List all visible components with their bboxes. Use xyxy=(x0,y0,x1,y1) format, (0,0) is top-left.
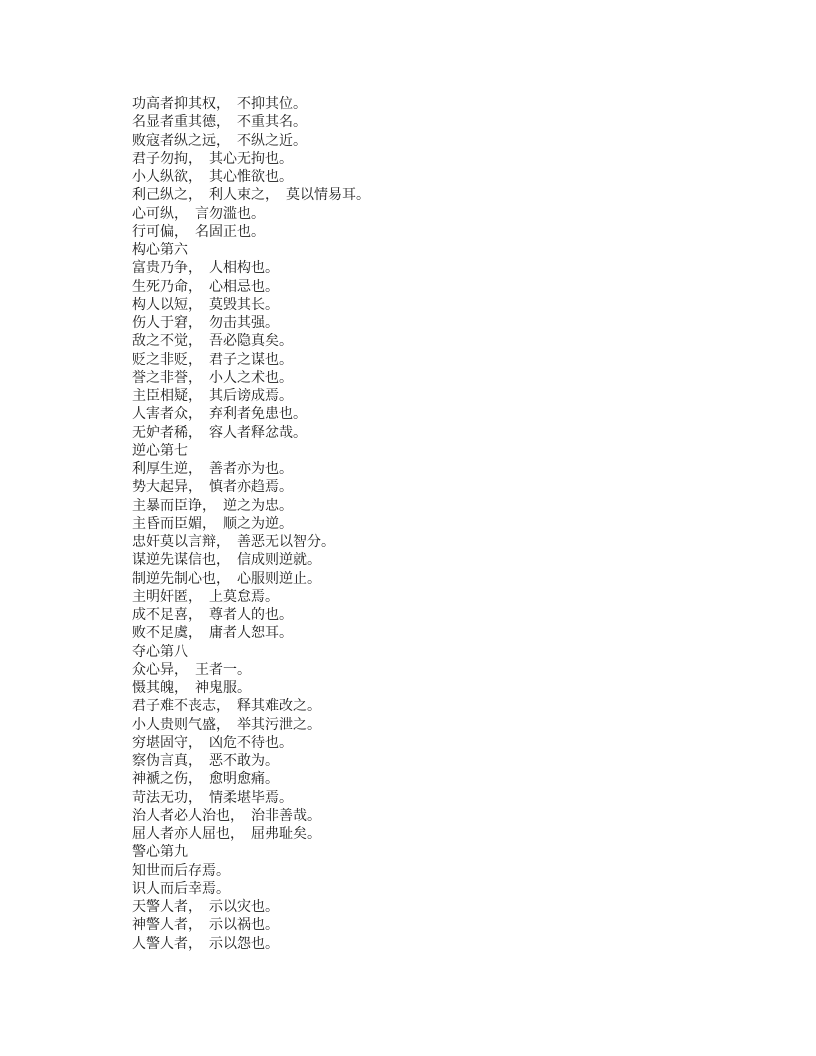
text-line: 穷堪固守， 凶危不待也。 xyxy=(132,735,370,753)
text-block: 功高者抑其权， 不抑其位。名显者重其德， 不重其名。败寇者纵之远， 不纵之近。君… xyxy=(132,96,370,954)
text-line: 生死乃命， 心相忌也。 xyxy=(132,279,370,297)
text-line: 谋逆先谋信也， 信成则逆就。 xyxy=(132,552,370,570)
text-line: 利厚生逆， 善者亦为也。 xyxy=(132,461,370,479)
chapter-heading: 逆心第七 xyxy=(132,443,370,461)
text-line: 小人贵则气盛， 举其污泄之。 xyxy=(132,717,370,735)
text-line: 敌之不觉， 吾必隐真矣。 xyxy=(132,333,370,351)
text-line: 知世而后存焉。 xyxy=(132,863,370,881)
chapter-heading: 夺心第八 xyxy=(132,644,370,662)
text-line: 慑其魄， 神鬼服。 xyxy=(132,680,370,698)
chapter-heading: 警心第九 xyxy=(132,844,370,862)
text-line: 识人而后幸焉。 xyxy=(132,881,370,899)
text-line: 屈人者亦人屈也， 屈弗耻矣。 xyxy=(132,826,370,844)
text-line: 主明奸匿， 上莫怠焉。 xyxy=(132,589,370,607)
text-line: 治人者必人治也， 治非善哉。 xyxy=(132,808,370,826)
text-line: 富贵乃争， 人相构也。 xyxy=(132,260,370,278)
text-line: 主暴而臣诤， 逆之为忠。 xyxy=(132,498,370,516)
text-line: 天警人者， 示以灾也。 xyxy=(132,899,370,917)
text-line: 伤人于窘， 勿击其强。 xyxy=(132,315,370,333)
text-line: 小人纵欲， 其心惟欲也。 xyxy=(132,169,370,187)
text-line: 人警人者， 示以怨也。 xyxy=(132,936,370,954)
text-line: 苛法无功， 情柔堪毕焉。 xyxy=(132,790,370,808)
text-line: 察伪言真， 恶不敢为。 xyxy=(132,753,370,771)
text-line: 贬之非贬， 君子之谋也。 xyxy=(132,352,370,370)
text-line: 败不足虞， 庸者人恕耳。 xyxy=(132,625,370,643)
document-page: 功高者抑其权， 不抑其位。名显者重其德， 不重其名。败寇者纵之远， 不纵之近。君… xyxy=(0,0,816,1056)
text-line: 神警人者， 示以祸也。 xyxy=(132,917,370,935)
text-line: 势大起异， 慎者亦趋焉。 xyxy=(132,479,370,497)
text-line: 誉之非誉， 小人之术也。 xyxy=(132,370,370,388)
text-line: 构人以短， 莫毁其长。 xyxy=(132,297,370,315)
text-line: 君子勿拘， 其心无拘也。 xyxy=(132,151,370,169)
text-line: 忠奸莫以言辩， 善恶无以智分。 xyxy=(132,534,370,552)
text-line: 制逆先制心也， 心服则逆止。 xyxy=(132,571,370,589)
text-line: 利己纵之， 利人束之， 莫以情易耳。 xyxy=(132,187,370,205)
text-line: 无妒者稀， 容人者释忿哉。 xyxy=(132,425,370,443)
text-line: 名显者重其德， 不重其名。 xyxy=(132,114,370,132)
text-line: 君子难不丧志， 释其难改之。 xyxy=(132,698,370,716)
text-line: 主昏而臣媚， 顺之为逆。 xyxy=(132,516,370,534)
text-line: 主臣相疑， 其后谤成焉。 xyxy=(132,388,370,406)
text-line: 功高者抑其权， 不抑其位。 xyxy=(132,96,370,114)
text-line: 心可纵， 言勿滥也。 xyxy=(132,206,370,224)
text-line: 人害者众， 弃利者免患也。 xyxy=(132,406,370,424)
text-line: 行可偏， 名固正也。 xyxy=(132,224,370,242)
text-line: 神褫之伤， 愈明愈痛。 xyxy=(132,771,370,789)
chapter-heading: 构心第六 xyxy=(132,242,370,260)
text-line: 成不足喜， 尊者人的也。 xyxy=(132,607,370,625)
text-line: 众心异， 王者一。 xyxy=(132,662,370,680)
text-line: 败寇者纵之远， 不纵之近。 xyxy=(132,133,370,151)
